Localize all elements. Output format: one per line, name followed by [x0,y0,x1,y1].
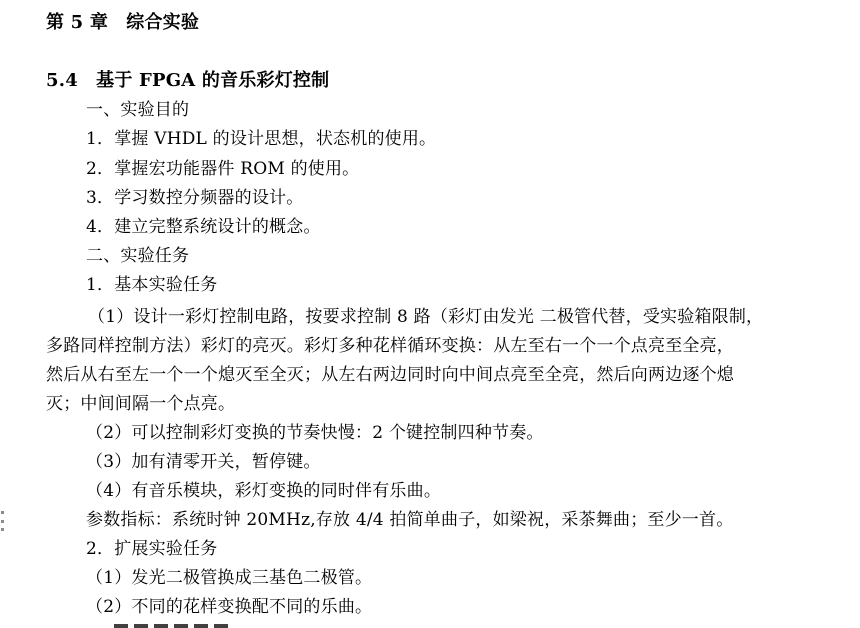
clipped-next-line [86,618,266,628]
task-2: （2）可以控制彩灯变换的节奏快慢：2 个键控制四种节奏。 [86,422,544,444]
extended-task-2: （2）不同的花样变换配不同的乐曲。 [86,596,372,618]
objective-item-3: 3．学习数控分频器的设计。 [86,187,303,209]
subheading-extended-tasks: 2．扩展实验任务 [86,538,217,560]
objective-item-2: 2．掌握宏功能器件 ROM 的使用。 [86,158,359,180]
task-1-line-1: （1）设计一彩灯控制电路，按要求控制 8 路（彩灯由发光 二极管代替，受实验箱限… [88,306,763,328]
heading-objectives: 一、实验目的 [86,99,189,121]
subheading-basic-tasks: 1．基本实验任务 [86,274,217,296]
task-1-line-3: 然后从右至左一个一个熄灭至全灭；从左右两边同时向中间点亮至全亮，然后向两边逐个熄 [46,364,734,386]
heading-tasks: 二、实验任务 [86,245,189,267]
extended-task-1: （1）发光二极管换成三基色二极管。 [86,567,372,589]
chapter-title: 第 5 章 综合实验 [46,12,199,34]
task-4: （4）有音乐模块，彩灯变换的同时伴有乐曲。 [86,480,441,502]
objective-item-1: 1．掌握 VHDL 的设计思想，状态机的使用。 [86,128,436,150]
task-1-line-4: 灭；中间间隔一个点亮。 [46,393,235,415]
task-3: （3）加有清零开关，暂停键。 [86,451,321,473]
parameter-spec: 参数指标：系统时钟 20MHz,存放 4/4 拍简单曲子，如梁祝，采茶舞曲；至少… [86,509,733,531]
document-page: 第 5 章 综合实验 5.4 基于 FPGA 的音乐彩灯控制 一、实验目的 1．… [0,0,860,628]
objective-item-4: 4．建立完整系统设计的概念。 [86,216,321,238]
task-1-line-2: 多路同样控制方法）彩灯的亮灭。彩灯多种花样循环变换：从左至右一个一个点亮至全亮， [46,335,734,357]
drag-handle-icon[interactable] [1,511,5,531]
section-title: 5.4 基于 FPGA 的音乐彩灯控制 [46,70,329,92]
